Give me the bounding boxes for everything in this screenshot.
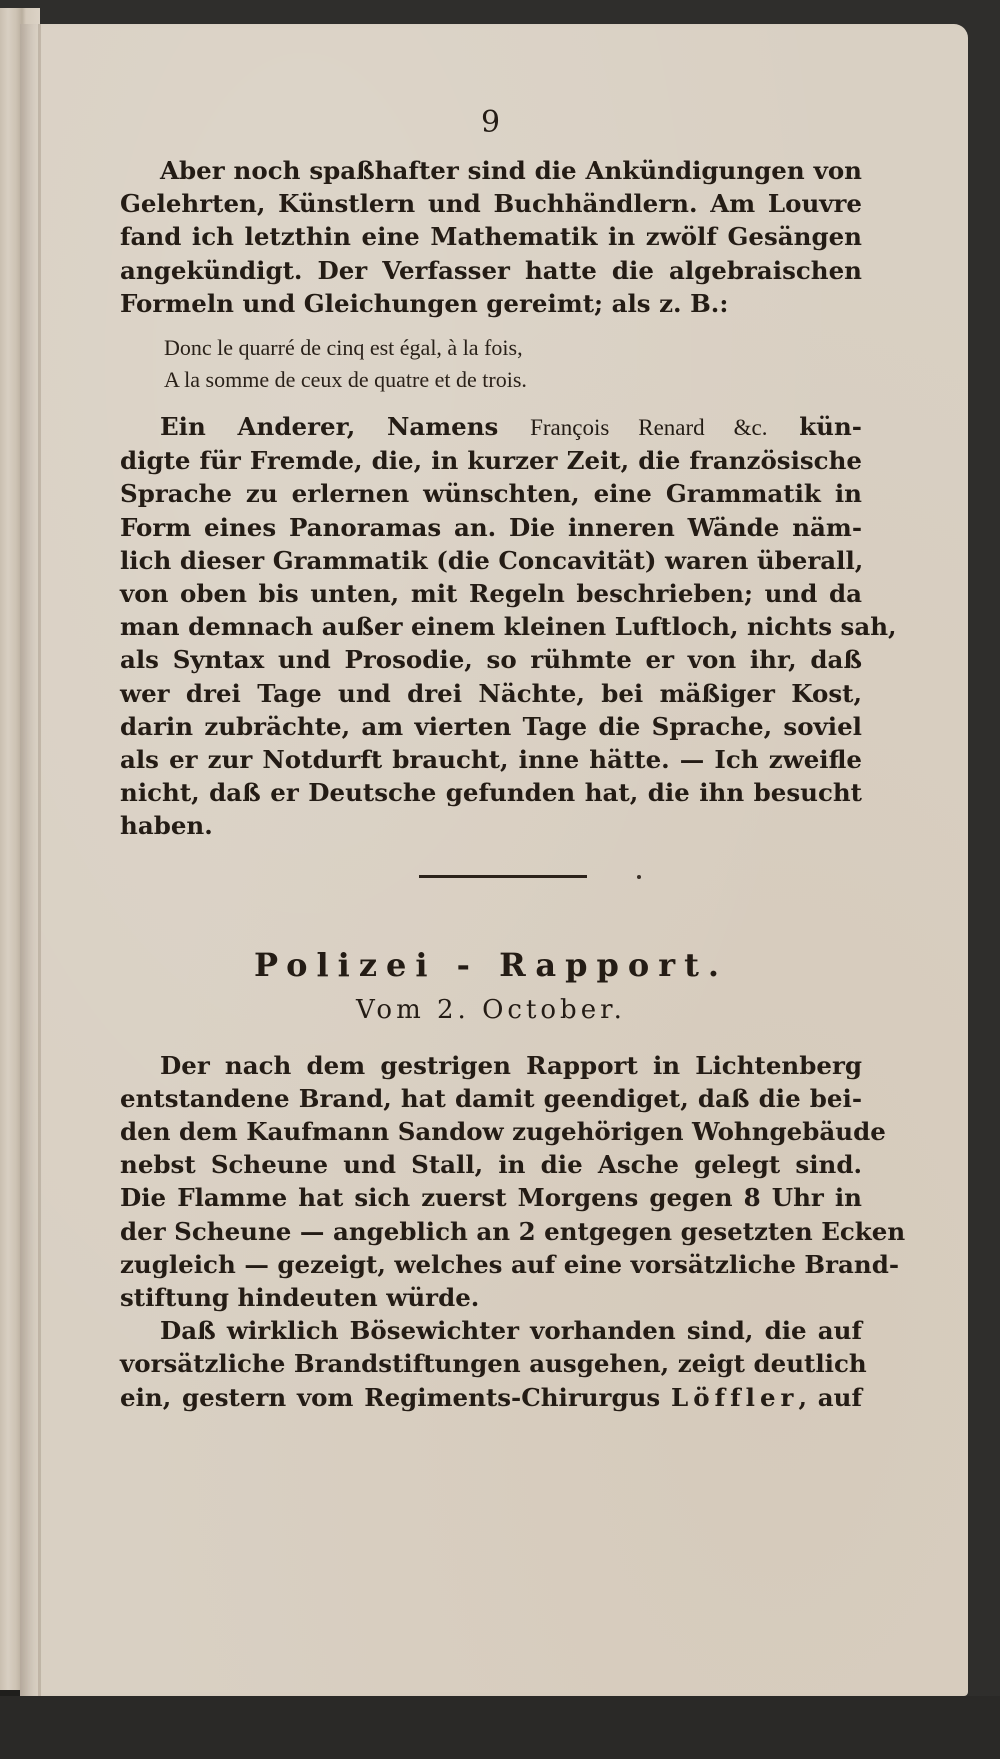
text-line: haben. — [120, 809, 862, 842]
text-line: Der nach dem gestrigen Rapport in Lichte… — [120, 1049, 862, 1082]
text-line: nicht, daß er Deutsche gefunden hat, die… — [120, 776, 862, 809]
text-line: Die Flamme hat sich zuerst Morgens gegen… — [120, 1181, 862, 1214]
text-line: lich dieser Grammatik (die Concavität) w… — [120, 544, 862, 577]
text-line: Ein Anderer, Namens François Renard &c. … — [120, 410, 862, 444]
paragraph-arson-evidence: Daß wirklich Bösewichter vorhanden sind,… — [120, 1314, 862, 1414]
text-line: vorsätzliche Brandstiftungen ausgehen, z… — [120, 1347, 862, 1380]
paragraph-grammar-panorama: Ein Anderer, Namens François Renard &c. … — [120, 410, 862, 843]
section-separator — [120, 865, 862, 895]
text-line: Form eines Panoramas an. Die inneren Wän… — [120, 511, 862, 544]
text-line: als Syntax und Prosodie, so rühmte er vo… — [120, 643, 862, 676]
text-line: Daß wirklich Bösewichter vorhanden sind,… — [120, 1314, 862, 1347]
page-number: 9 — [120, 106, 862, 140]
text-line: der Scheune — angeblich an 2 entgegen ge… — [120, 1215, 862, 1248]
text-line: Gelehrten, Künstlern und Buchhändlern. A… — [120, 187, 862, 220]
section-date: Vom 2. October. — [120, 993, 862, 1027]
paragraph-fire-report: Der nach dem gestrigen Rapport in Lichte… — [120, 1049, 862, 1315]
scan-background-bottom — [0, 1696, 1000, 1759]
text-line: von oben bis unten, mit Regeln beschrieb… — [120, 577, 862, 610]
text-line: wer drei Tage und drei Nächte, bei mäßig… — [120, 677, 862, 710]
section-title: Polizei - Rapport. — [120, 945, 862, 985]
text-line: zugleich — gezeigt, welches auf eine vor… — [120, 1248, 862, 1281]
separator-rule — [419, 875, 587, 878]
text-line: angekündigt. Der Verfasser hatte die alg… — [120, 254, 862, 287]
text-line: als er zur Notdurft braucht, inne hätte.… — [120, 743, 862, 776]
text-segment: Ein Anderer, Namens — [160, 412, 530, 441]
text-segment: kün- — [767, 412, 862, 441]
book-page: 9 Aber noch spaßhafter sind die Ankündig… — [20, 24, 968, 1696]
text-line: stiftung hindeuten würde. — [120, 1281, 862, 1314]
verse-line: Donc le quarré de cinq est égal, à la fo… — [164, 332, 862, 364]
text-line: nebst Scheune und Stall, in die Asche ge… — [120, 1148, 862, 1181]
text-line: fand ich letzthin eine Mathematik in zwö… — [120, 220, 862, 253]
text-segment: , auf — [798, 1383, 862, 1412]
latin-name: François Renard &c. — [530, 415, 767, 440]
text-line: Aber noch spaßhafter sind die Ankündigun… — [120, 154, 862, 187]
ink-speck — [637, 875, 641, 879]
text-line: digte für Fremde, die, in kurzer Zeit, d… — [120, 444, 862, 477]
text-line: ein, gestern vom Regiments-Chirurgus Löf… — [120, 1381, 862, 1414]
verse-line: A la somme de ceux de quatre et de trois… — [164, 364, 862, 396]
paragraph-announcements: Aber noch spaßhafter sind die Ankündigun… — [120, 154, 862, 320]
text-line: man demnach außer einem kleinen Luftloch… — [120, 610, 862, 643]
text-line: entstandene Brand, hat damit geendiget, … — [120, 1082, 862, 1115]
french-verse: Donc le quarré de cinq est égal, à la fo… — [164, 332, 862, 396]
text-line: Sprache zu erlernen wünschten, eine Gram… — [120, 477, 862, 510]
text-line: Formeln und Gleichungen gereimt; als z. … — [120, 287, 862, 320]
spaced-name: Löffler — [671, 1383, 798, 1412]
page-text-block: 9 Aber noch spaßhafter sind die Ankündig… — [120, 84, 862, 1414]
text-line: darin zubrächte, am vierten Tage die Spr… — [120, 710, 862, 743]
text-segment: ein, gestern vom Regiments-Chirurgus — [120, 1383, 671, 1412]
text-line: den dem Kaufmann Sandow zugehörigen Wohn… — [120, 1115, 862, 1148]
